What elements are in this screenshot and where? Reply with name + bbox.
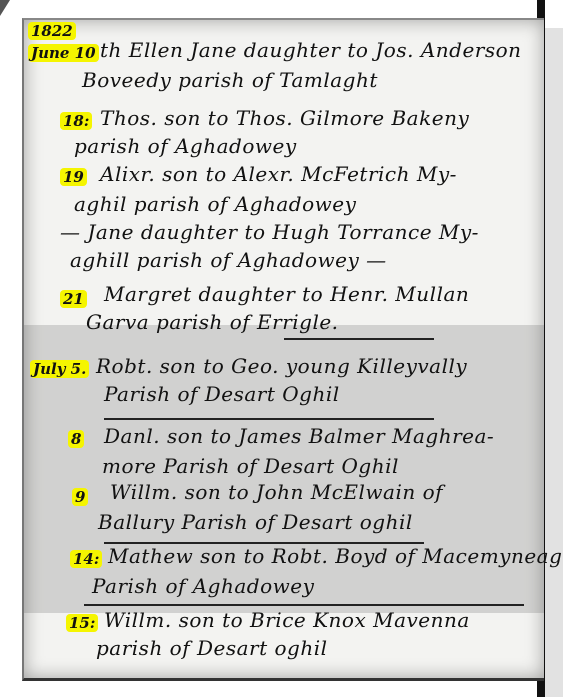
entry-line: Margret daughter to Henr. Mullan bbox=[104, 282, 469, 306]
entry-line: more Parish of Desart Oghil bbox=[102, 454, 399, 478]
entry-separator bbox=[84, 604, 524, 606]
entry-line: Garva parish of Errigle. bbox=[86, 310, 339, 334]
entry-date: 15: bbox=[66, 614, 98, 632]
year-label: 1822 bbox=[28, 22, 76, 40]
entry-line: Ballury Parish of Desart oghil bbox=[98, 510, 413, 534]
entry-line: Boveedy parish of Tamlaght bbox=[82, 68, 378, 92]
entry-line: th Ellen Jane daughter to Jos. Anderson bbox=[100, 38, 522, 62]
entry-line: Willm. son to Brice Knox Mavenna bbox=[104, 608, 470, 632]
entry-date: 8 bbox=[68, 430, 84, 448]
entry-line: Parish of Desart Oghil bbox=[104, 382, 340, 406]
entry-separator bbox=[284, 338, 434, 340]
entry-date: 21 bbox=[60, 290, 87, 308]
entry-line: Parish of Aghadowey bbox=[92, 574, 314, 598]
register-page: 1822 June 10 th Ellen Jane daughter to J… bbox=[22, 18, 544, 681]
page-corner-shadow bbox=[0, 0, 10, 16]
entry-line: Alixr. son to Alexr. McFetrich My- bbox=[100, 162, 457, 186]
entry-date: 14: bbox=[70, 550, 102, 568]
entry-line: Danl. son to James Balmer Maghrea- bbox=[104, 424, 494, 448]
entry-line: Thos. son to Thos. Gilmore Bakeny bbox=[100, 106, 469, 130]
entry-line: Willm. son to John McElwain of bbox=[110, 480, 443, 504]
entry-date: June 10 bbox=[28, 44, 99, 62]
entry-line: Robt. son to Geo. young Killeyvally bbox=[96, 354, 467, 378]
entry-line: parish of Aghadowey bbox=[74, 134, 297, 158]
entry-line: aghill parish of Aghadowey — bbox=[70, 248, 387, 272]
entry-date: 9 bbox=[72, 488, 88, 506]
entry-line: aghil parish of Aghadowey bbox=[74, 192, 356, 216]
entry-separator bbox=[104, 418, 434, 420]
entry-line: — Jane daughter to Hugh Torrance My- bbox=[60, 220, 479, 244]
entry-line: parish of Desart oghil bbox=[96, 636, 328, 660]
entry-date: 18: bbox=[60, 112, 92, 130]
facing-page-edge bbox=[545, 28, 563, 697]
entry-date: July 5. bbox=[30, 360, 89, 378]
entry-line: Mathew son to Robt. Boyd of Macemyneagh bbox=[108, 544, 563, 568]
entry-date: 19 bbox=[60, 168, 87, 186]
